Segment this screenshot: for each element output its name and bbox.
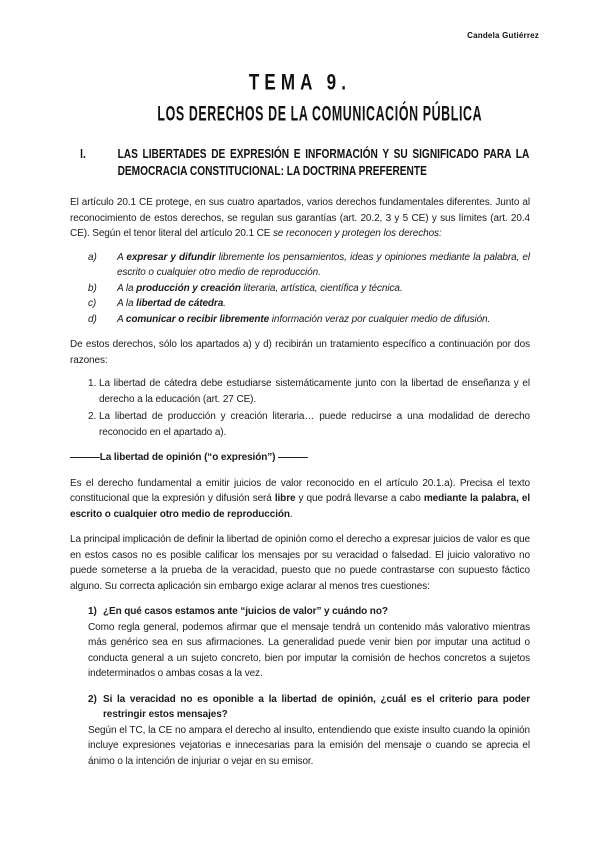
question-heading: 1) ¿En qué casos estamos ante “juicios d… (88, 604, 530, 620)
list-marker: c) (88, 296, 96, 312)
opinion-subheading: ———La libertad de opinión (“o expresión”… (70, 450, 530, 466)
list-marker: d) (88, 312, 97, 328)
list-item-text: La libertad de producción y creación lit… (99, 411, 530, 438)
list-marker: a) (88, 250, 97, 266)
list-item: 1. La libertad de cátedra debe estudiars… (70, 376, 530, 407)
section-heading: I. LAS LIBERTADES DE EXPRESIÓN E INFORMA… (70, 145, 530, 181)
question-body: Según el TC, la CE no ampara el derecho … (88, 723, 530, 770)
list-marker: 2. (88, 409, 96, 425)
list-item: d) A comunicar o recibir libremente info… (70, 312, 530, 328)
question-heading-text: ¿En qué casos estamos ante “juicios de v… (103, 606, 388, 617)
author-name: Candela Gutiérrez (467, 31, 539, 40)
list-item-text: La libertad de cátedra debe estudiarse s… (99, 378, 530, 405)
list-item: c) A la libertad de cátedra. (70, 296, 530, 312)
question-heading: 2) Si la veracidad no es oponible a la l… (88, 692, 530, 723)
opinion-paragraph: Es el derecho fundamental a emitir juici… (70, 476, 530, 523)
page-subtitle: LOS DERECHOS DE LA COMUNICACIÓN PÚBLICA (157, 102, 442, 126)
document-page: Candela Gutiérrez TEMA 9. LOS DERECHOS D… (0, 0, 599, 848)
section-heading-inner: I. LAS LIBERTADES DE EXPRESIÓN E INFORMA… (70, 145, 529, 179)
list-item: 2. La libertad de producción y creación … (70, 409, 530, 440)
list-item: a) A expresar y difundir libremente los … (70, 250, 530, 281)
question-block-2: 2) Si la veracidad no es oponible a la l… (88, 692, 530, 770)
reasons-list: 1. La libertad de cátedra debe estudiars… (70, 376, 530, 440)
implication-paragraph: La principal implicación de definir la l… (70, 532, 530, 594)
list-item-text: A la libertad de cátedra. (117, 298, 226, 309)
question-marker: 2) (88, 692, 97, 708)
list-item: b) A la producción y creación literaria,… (70, 281, 530, 297)
page-content: TEMA 9. LOS DERECHOS DE LA COMUNICACIÓN … (0, 72, 599, 769)
list-item-text: A la producción y creación literaria, ar… (117, 283, 403, 294)
page-title: TEMA 9. (105, 71, 496, 96)
list-item-text: A comunicar o recibir libremente informa… (117, 314, 490, 325)
rights-list: a) A expresar y difundir libremente los … (70, 250, 530, 328)
treatment-paragraph: De estos derechos, sólo los apartados a)… (70, 337, 530, 368)
question-body: Como regla general, podemos afirmar que … (88, 620, 530, 682)
list-marker: b) (88, 281, 97, 297)
question-block-1: 1) ¿En qué casos estamos ante “juicios d… (88, 604, 530, 682)
section-numeral: I. (70, 145, 118, 179)
intro-paragraph: El artículo 20.1 CE protege, en sus cuat… (70, 195, 530, 242)
section-heading-text: LAS LIBERTADES DE EXPRESIÓN E INFORMACIÓ… (118, 145, 530, 179)
question-marker: 1) (88, 604, 97, 620)
question-heading-text: Si la veracidad no es oponible a la libe… (103, 694, 530, 721)
list-item-text: A expresar y difundir libremente los pen… (117, 252, 530, 279)
list-marker: 1. (88, 376, 96, 392)
